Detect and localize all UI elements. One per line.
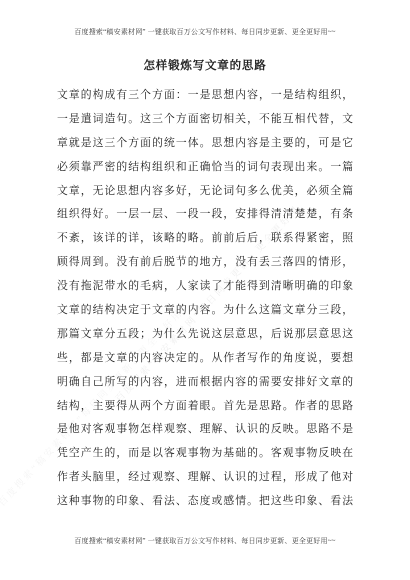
- body-line: 凭空产生的，而是以客观事物为基础的。客观事物反映在: [57, 442, 353, 466]
- body-line: 这种事物的印象、看法、态度或感情。把这些印象、看法: [57, 490, 353, 514]
- body-line: 一是遣词造句。这三个方面密切相关，不能互相代替，文: [57, 108, 353, 132]
- body-line: 文章的结构决定于文章的内容。为什么这篇文章分三段，: [57, 299, 353, 323]
- body-line: 没有拖泥带水的毛病，人家读了才能得到清晰明确的印象: [57, 275, 353, 299]
- body-paragraph: 文章的构成有三个方面：一是思想内容，一是结构组织， 一是遣词造句。这三个方面密切…: [57, 84, 353, 514]
- body-line: 章就是这三个方面的统一体。思想内容是主要的，可是它: [57, 132, 353, 156]
- footer-banner: 百度搜索“稿安素材网” 一键获取百万公文写作材料、每日同步更新、更全更好用~~: [0, 536, 410, 546]
- body-line: 组织得好。一层一层、一段一段，安排得清清楚楚，有条: [57, 203, 353, 227]
- body-line: 那篇文章分五段；为什么先说这层意思，后说那层意思这: [57, 323, 353, 347]
- body-line: 作者头脑里，经过观察、理解、认识的过程，形成了他对: [57, 466, 353, 490]
- body-line: 顾得周到。没有前后脱节的地方，没有丢三落四的情形，: [57, 251, 353, 275]
- body-line: 结构，主要得从两个方面着眼。首先是思路。作者的思路: [57, 395, 353, 419]
- body-line: 必须靠严密的结构组织和正确恰当的词句表现出来。一篇: [57, 156, 353, 180]
- document-page: 百度搜索“稿安素材网”每日同步更新、更全更好用 百度搜索“稿安素材网”每日同步更…: [0, 0, 410, 580]
- body-line: 些，都是文章的内容决定的。从作者写作的角度说，要想: [57, 347, 353, 371]
- header-banner: 百度搜索“稿安素材网” 一键获取百万公文写作材料、每日同步更新、更全更好用~~: [0, 27, 410, 37]
- body-line: 明确自己所写的内容，进而根据内容的需要安排好文章的: [57, 371, 353, 395]
- body-line: 是他对客观事物怎样观察、理解、认识的反映。思路不是: [57, 418, 353, 442]
- body-line: 不紊，该详的详，该略的略。前前后后，联系得紧密，照: [57, 227, 353, 251]
- body-line: 文章，无论思想内容多好，无论词句多么优美，必须全篇: [57, 180, 353, 204]
- document-title: 怎样锻炼写文章的思路: [0, 57, 410, 73]
- body-line: 文章的构成有三个方面：一是思想内容，一是结构组织，: [57, 84, 353, 108]
